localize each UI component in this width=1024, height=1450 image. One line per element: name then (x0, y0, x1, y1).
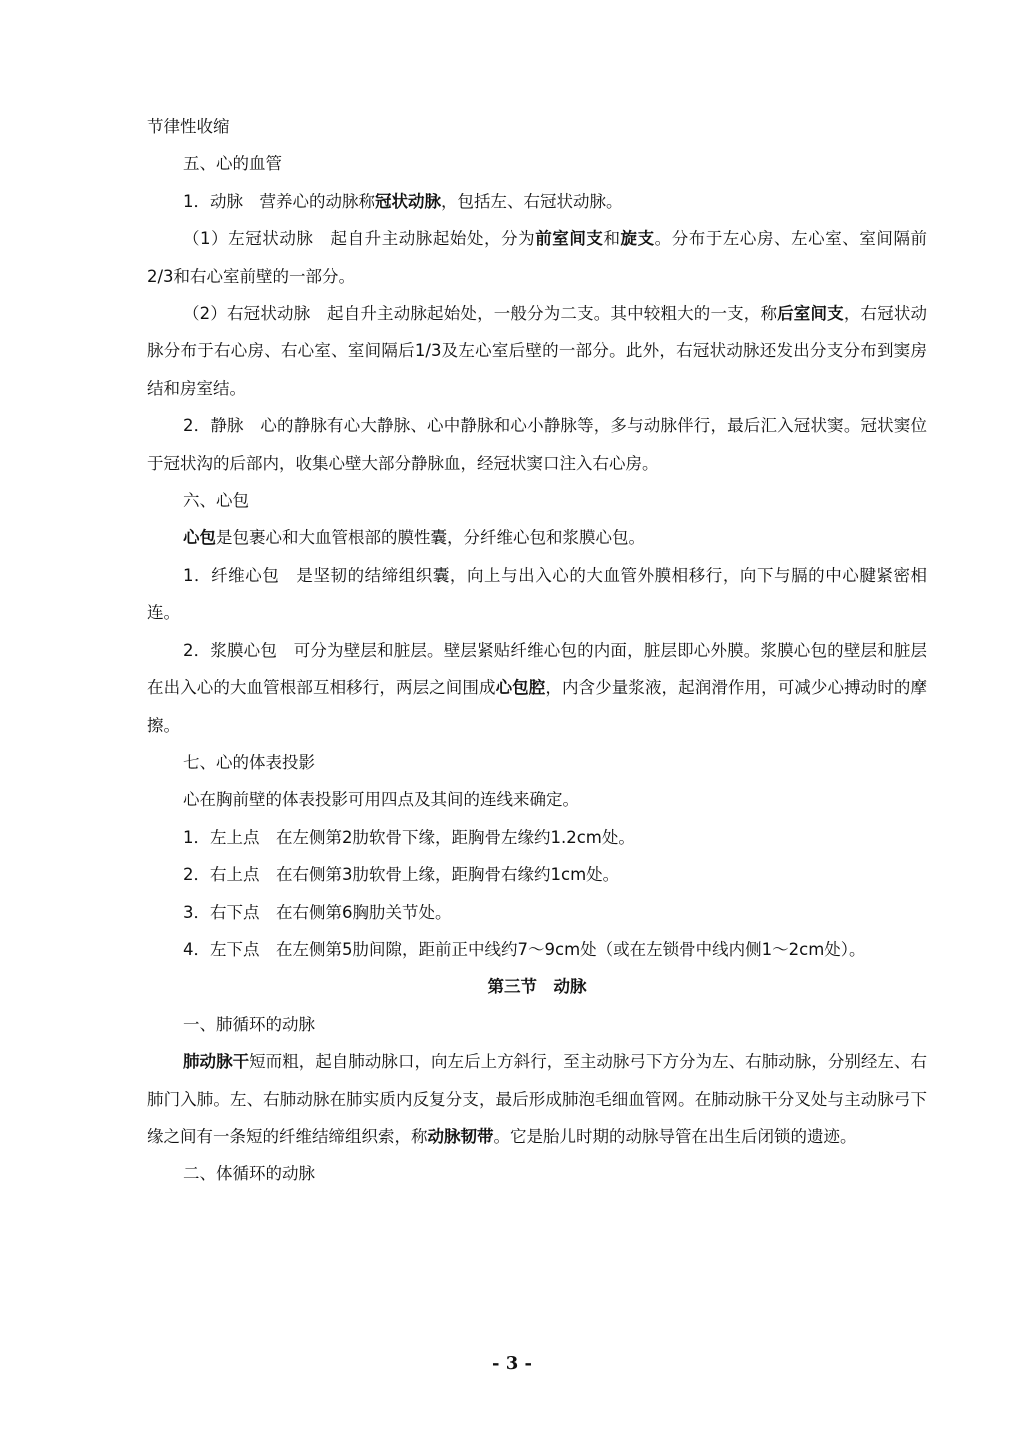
term-pericardial-cavity: 心包腔 (496, 678, 546, 697)
term-ligamentum-arteriosum: 动脉韧带 (428, 1127, 494, 1146)
term-circumflex: 旋支 (621, 229, 655, 248)
text: 1．动脉 营养心的动脉称 (183, 192, 375, 211)
paragraph-projection-intro: 心在胸前壁的体表投影可用四点及其间的连线来确定。 (147, 781, 927, 818)
paragraph-pericardium: 心包是包裹心和大血管根部的膜性囊，分纤维心包和浆膜心包。 (147, 519, 927, 556)
document-page: 节律性收缩 五、心的血管 1．动脉 营养心的动脉称冠状动脉，包括左、右冠状动脉。… (147, 108, 927, 1193)
heading-systemic-arteries: 二、体循环的动脉 (147, 1155, 927, 1192)
text: （2）右冠状动脉 起自升主动脉起始处，一般分为二支。其中较粗大的一支，称 (183, 304, 777, 323)
text: ，包括左、右冠状动脉。 (441, 192, 623, 211)
section-title: 第三节 动脉 (147, 968, 927, 1005)
heading-heart-vessels: 五、心的血管 (147, 145, 927, 182)
term-pulmonary-trunk: 肺动脉干 (183, 1052, 249, 1071)
paragraph-serous-pericardium: 2．浆膜心包 可分为壁层和脏层。壁层紧贴纤维心包的内面，脏层即心外膜。浆膜心包的… (147, 632, 927, 744)
term-posterior-interventricular: 后室间支 (777, 304, 844, 323)
text: 和 (603, 229, 620, 248)
term-anterior-interventricular: 前室间支 (535, 229, 603, 248)
text: 。它是胎儿时期的动脉导管在出生后闭锁的遗迹。 (494, 1127, 857, 1146)
page-number: - 3 - (0, 1353, 1024, 1374)
heading-pulmonary-arteries: 一、肺循环的动脉 (147, 1006, 927, 1043)
term-pericardium: 心包 (183, 528, 216, 547)
text: （1）左冠状动脉 起自升主动脉起始处，分为 (183, 229, 535, 248)
paragraph-fibrous-pericardium: 1．纤维心包 是坚韧的结缔组织囊，向上与出入心的大血管外膜相移行，向下与膈的中心… (147, 557, 927, 632)
list-item-lower-right: 3．右下点 在右侧第6胸肋关节处。 (147, 894, 927, 931)
paragraph-veins: 2．静脉 心的静脉有心大静脉、心中静脉和心小静脉等，多与动脉伴行，最后汇入冠状窦… (147, 407, 927, 482)
heading-surface-projection: 七、心的体表投影 (147, 744, 927, 781)
paragraph-pulmonary-trunk: 肺动脉干短而粗，起自肺动脉口，向左后上方斜行，至主动脉弓下方分为左、右肺动脉，分… (147, 1043, 927, 1155)
term-coronary-artery: 冠状动脉 (375, 192, 441, 211)
list-item-upper-right: 2．右上点 在右侧第3肋软骨上缘，距胸骨右缘约1cm处。 (147, 856, 927, 893)
list-item-upper-left: 1．左上点 在左侧第2肋软骨下缘，距胸骨左缘约1.2cm处。 (147, 819, 927, 856)
paragraph-left-coronary: （1）左冠状动脉 起自升主动脉起始处，分为前室间支和旋支。分布于左心房、左心室、… (147, 220, 927, 295)
paragraph-right-coronary: （2）右冠状动脉 起自升主动脉起始处，一般分为二支。其中较粗大的一支，称后室间支… (147, 295, 927, 407)
paragraph-arteries: 1．动脉 营养心的动脉称冠状动脉，包括左、右冠状动脉。 (147, 183, 927, 220)
paragraph-continuation: 节律性收缩 (147, 108, 927, 145)
heading-pericardium: 六、心包 (147, 482, 927, 519)
list-item-lower-left: 4．左下点 在左侧第5肋间隙，距前正中线约7～9cm处（或在左锁骨中线内侧1～2… (147, 931, 927, 968)
text: 是包裹心和大血管根部的膜性囊，分纤维心包和浆膜心包。 (216, 528, 645, 547)
